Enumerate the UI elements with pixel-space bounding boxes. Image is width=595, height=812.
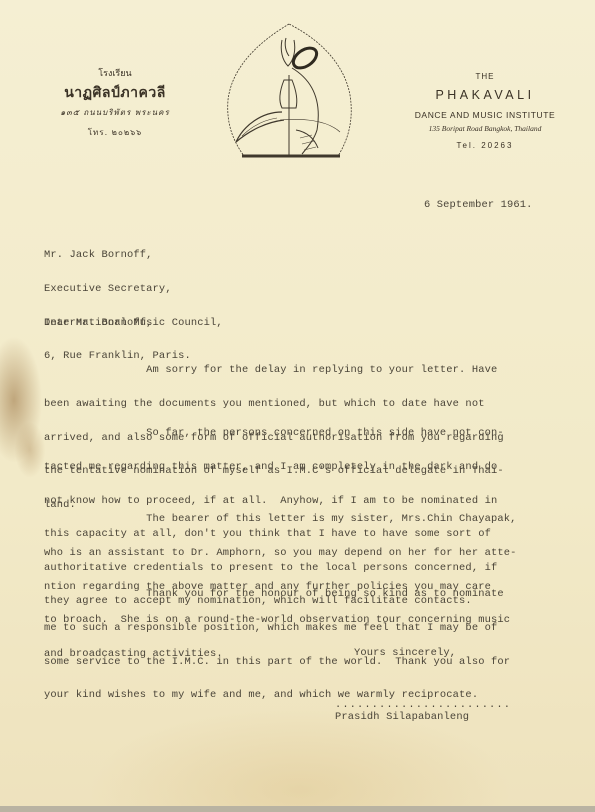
body-line: tacted me regarding this matter, and I a… — [44, 462, 504, 473]
thai-address: ๑๓๕ ถนนบริพัตร พระนคร — [40, 107, 190, 119]
thai-school-name: นาฏศิลป์ภาควลี — [40, 83, 190, 103]
body-line: Thank you for the honour of being so kin… — [44, 589, 510, 600]
addressee-line: Executive Secretary, — [44, 284, 223, 295]
addressee-line: Mr. Jack Bornoff, — [44, 250, 223, 261]
institute-subtitle: DANCE AND MUSIC INSTITUTE — [385, 109, 585, 121]
salutation: Dear Mr. Bornoff, — [44, 318, 153, 329]
body-line: Am sorry for the delay in replying to yo… — [44, 365, 504, 376]
closing: Yours sincerely, — [354, 648, 456, 659]
body-line: me to such a responsible position, which… — [44, 623, 510, 634]
body-line: The bearer of this letter is my sister, … — [44, 514, 517, 525]
scan-edge — [0, 806, 595, 812]
thai-telephone: โทร. ๒๐๒๖๖ — [40, 127, 190, 139]
signature-line: ........................ — [335, 700, 511, 711]
signatory-name: Prasidh Silapabanleng — [335, 712, 469, 723]
letterhead-the: THE — [385, 72, 585, 82]
english-letterhead: THE PHAKAVALI DANCE AND MUSIC INSTITUTE … — [385, 72, 585, 152]
dancer-emblem-icon — [222, 20, 357, 160]
institute-address: 135 Boripat Road Bangkok, Thailand — [385, 123, 585, 134]
paragraph-4: Thank you for the honour of being so kin… — [44, 567, 510, 713]
institute-name: PHAKAVALI — [385, 87, 585, 103]
thai-letterhead: โรงเรียน นาฏศิลป์ภาควลี ๑๓๕ ถนนบริพัตร พ… — [40, 68, 190, 139]
institute-telephone: Tel. 20263 — [385, 140, 585, 152]
body-line: So far, the persons concerned on this si… — [44, 428, 504, 439]
letter-date: 6 September 1961. — [424, 200, 533, 211]
body-line: who is an assistant to Dr. Amphorn, so y… — [44, 548, 517, 559]
thai-label: โรงเรียน — [40, 68, 190, 80]
